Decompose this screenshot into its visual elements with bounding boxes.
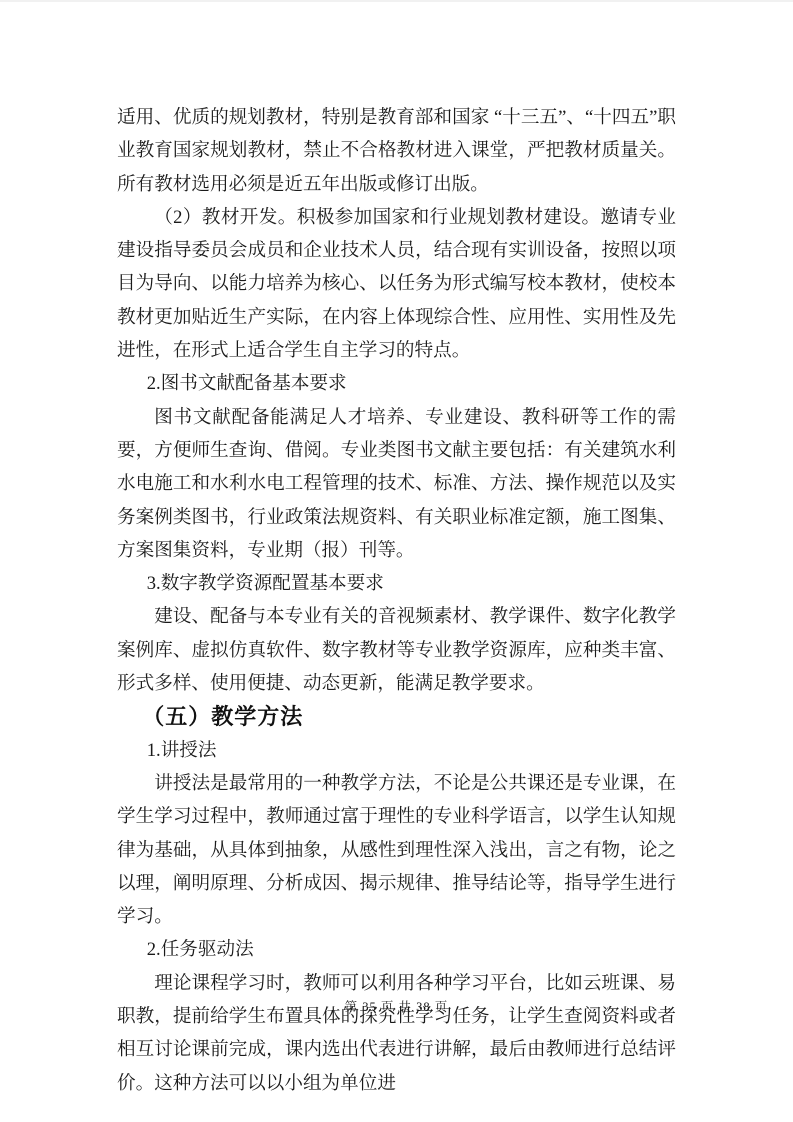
paragraph: （2）教材开发。积极参加国家和行业规划教材建设。邀请专业建设指导委员会成员和企业… xyxy=(117,201,676,367)
page-number-text: 第 35 页 共 38 页 xyxy=(345,1000,449,1014)
page-footer: 第 35 页 共 38 页 xyxy=(0,999,793,1016)
sub-heading: 2.任务驱动法 xyxy=(117,933,676,966)
paragraph: 理论课程学习时，教师可以利用各种学习平台，比如云班课、易职教，提前给学生布置具体… xyxy=(117,967,676,1100)
sub-heading: 3.数字教学资源配置基本要求 xyxy=(117,567,676,600)
page-top-edge xyxy=(0,0,793,2)
paragraph: 建设、配备与本专业有关的音视频素材、教学课件、数字化教学案例库、虚拟仿真软件、数… xyxy=(117,600,676,700)
paragraph-continued: 适用、优质的规划教材，特别是教育部和国家 “十三五”、“十四五”职业教育国家规划… xyxy=(117,101,676,201)
document-body: 适用、优质的规划教材，特别是教育部和国家 “十三五”、“十四五”职业教育国家规划… xyxy=(117,101,676,1100)
paragraph: 讲授法是最常用的一种教学方法，不论是公共课还是专业课，在学生学习过程中，教师通过… xyxy=(117,767,676,933)
sub-heading: 2.图书文献配备基本要求 xyxy=(117,367,676,400)
document-page: 适用、优质的规划教材，特别是教育部和国家 “十三五”、“十四五”职业教育国家规划… xyxy=(0,0,793,1122)
section-heading: （五）教学方法 xyxy=(117,700,676,733)
sub-heading: 1.讲授法 xyxy=(117,734,676,767)
paragraph: 图书文献配备能满足人才培养、专业建设、教科研等工作的需要，方便师生查询、借阅。专… xyxy=(117,401,676,567)
